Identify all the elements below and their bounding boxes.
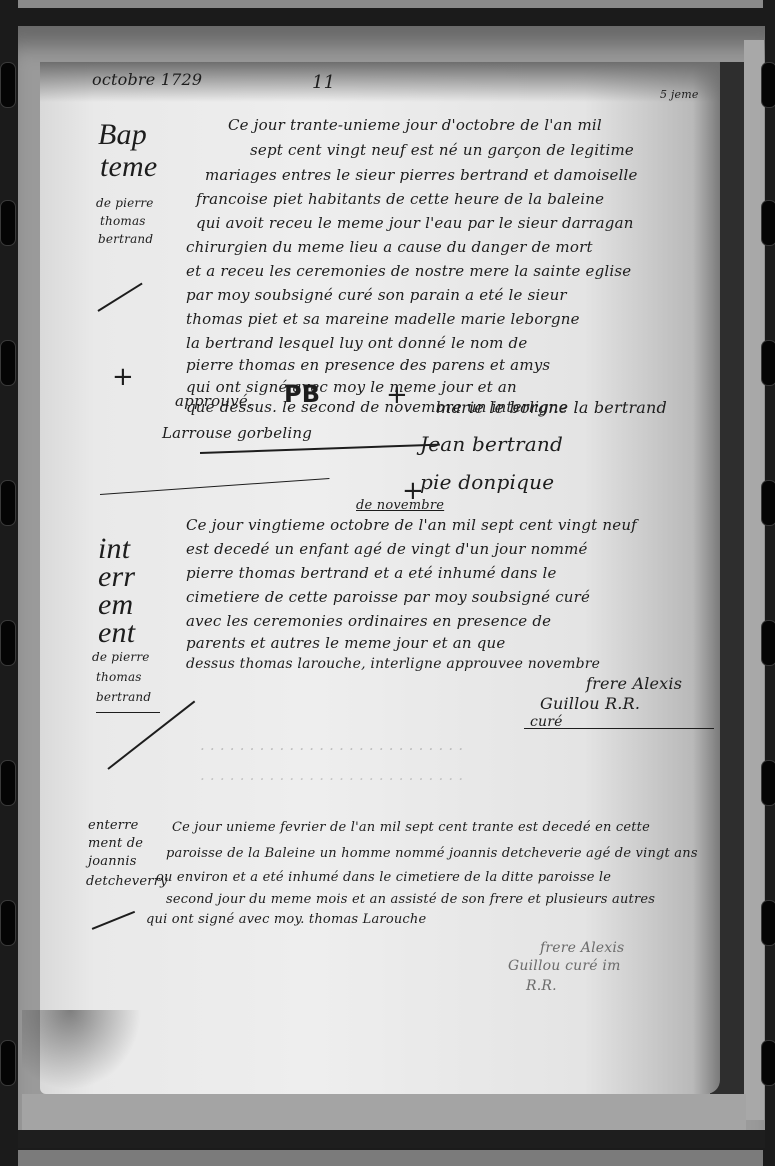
signature: Guillou R.R.	[540, 694, 640, 713]
body-line: est decedé un enfant agé de vingt d'un j…	[186, 540, 588, 558]
signature: Jean bertrand	[420, 432, 563, 456]
body-line: par moy soubsigné curé son parain a eté …	[186, 286, 567, 304]
margin-underline	[96, 712, 160, 713]
signature: Guillou curé im	[508, 958, 621, 974]
corner-note: 5 jeme	[660, 88, 699, 101]
sprocket-hole	[0, 480, 16, 526]
page-bottom-ledge	[22, 1094, 746, 1130]
body-line: la bertrand lesquel luy ont donné le nom…	[186, 334, 527, 352]
body-line: chirurgien du meme lieu a cause du dange…	[186, 238, 593, 256]
margin-subject-line: thomas	[96, 670, 142, 684]
margin-title-line: ment de	[88, 836, 143, 851]
water-stain	[22, 1010, 142, 1090]
sprocket-hole	[0, 1040, 16, 1086]
margin-subject-line: de pierre	[96, 196, 154, 210]
body-line: second jour du meme mois et an assisté d…	[166, 892, 655, 907]
body-line: dessus thomas larouche, interligne appro…	[186, 656, 600, 672]
margin-title-line: Bap	[98, 120, 147, 150]
signature-underline	[524, 728, 714, 729]
sprocket-hole	[761, 200, 775, 246]
margin-title-line: teme	[100, 152, 157, 182]
film-bottom-strip	[18, 1150, 763, 1166]
body-line: francoise piet habitants de cette heure …	[196, 190, 604, 208]
body-line: pierre thomas bertrand et a eté inhumé d…	[186, 564, 557, 582]
sprocket-hole	[761, 620, 775, 666]
signature: frere Alexis	[540, 940, 624, 956]
body-line: Ce jour vingtieme octobre de l'an mil se…	[186, 516, 637, 534]
sprocket-hole	[761, 480, 775, 526]
margin-title-line: ent	[98, 618, 135, 648]
body-line: Ce jour unieme fevrier de l'an mil sept …	[172, 820, 650, 835]
sprocket-hole	[761, 900, 775, 946]
sprocket-hole	[0, 900, 16, 946]
signature: Larrouse gorbeling	[162, 424, 312, 442]
bleed-through-text: · · · · · · · · · · · · · · · · · · · · …	[200, 740, 463, 758]
body-line: Ce jour trante-unieme jour d'octobre de …	[228, 116, 602, 134]
margin-subject-line: thomas	[100, 214, 146, 228]
cross-mark-icon: +	[386, 380, 408, 410]
folio-number: 11	[312, 72, 335, 93]
margin-subject-line: bertrand	[96, 690, 151, 704]
body-line: ou environ et a eté inhumé dans le cimet…	[156, 870, 611, 885]
sprocket-hole	[761, 1040, 775, 1086]
body-line: qui avoit receu le meme jour l'eau par l…	[196, 214, 634, 232]
sprocket-hole	[761, 62, 775, 108]
sprocket-hole	[0, 62, 16, 108]
signature: R.R.	[526, 978, 557, 994]
date-note: octobre 1729	[92, 70, 202, 89]
sprocket-hole	[761, 340, 775, 386]
body-line: pierre thomas en presence des parens et …	[186, 356, 550, 374]
sprocket-hole	[0, 200, 16, 246]
body-line: cimetiere de cette paroisse par moy soub…	[186, 588, 590, 606]
body-line: avec les ceremonies ordinaires en presen…	[186, 612, 551, 630]
body-line: sept cent vingt neuf est né un garçon de…	[250, 141, 634, 159]
body-line: approuvé.	[175, 392, 253, 410]
body-line: paroisse de la Baleine un homme nommé jo…	[166, 846, 698, 861]
body-line: qui ont signé avec moy. thomas Larouche	[146, 912, 426, 927]
heading-insert: de novembre	[356, 498, 444, 513]
sprocket-hole	[0, 760, 16, 806]
body-line: thomas piet et sa mareine madelle marie …	[186, 310, 580, 328]
cross-mark-icon: +	[112, 362, 134, 392]
sprocket-hole	[761, 760, 775, 806]
body-line: parents et autres le meme jour et an que	[186, 634, 505, 652]
film-bottom-band	[18, 1130, 765, 1148]
signature: frere Alexis	[586, 674, 682, 693]
sprocket-hole	[0, 620, 16, 666]
margin-title-line: joannis	[88, 854, 137, 869]
body-line: mariages entres le sieur pierres bertran…	[205, 166, 638, 184]
signature-initials: PB	[284, 380, 320, 408]
signature: pie donpique	[420, 470, 554, 494]
signature: marie le borgne la bertrand	[436, 398, 667, 417]
body-line: et a receu les ceremonies de nostre mere…	[186, 262, 631, 280]
margin-subject-line: bertrand	[98, 232, 153, 246]
margin-title-line: enterre	[88, 818, 139, 833]
bleed-through-text: · · · · · · · · · · · · · · · · · · · · …	[200, 770, 463, 788]
sprocket-hole	[0, 340, 16, 386]
page-right-edge	[744, 40, 764, 1120]
film-top-strip	[18, 0, 763, 8]
margin-subject-line: de pierre	[92, 650, 150, 664]
